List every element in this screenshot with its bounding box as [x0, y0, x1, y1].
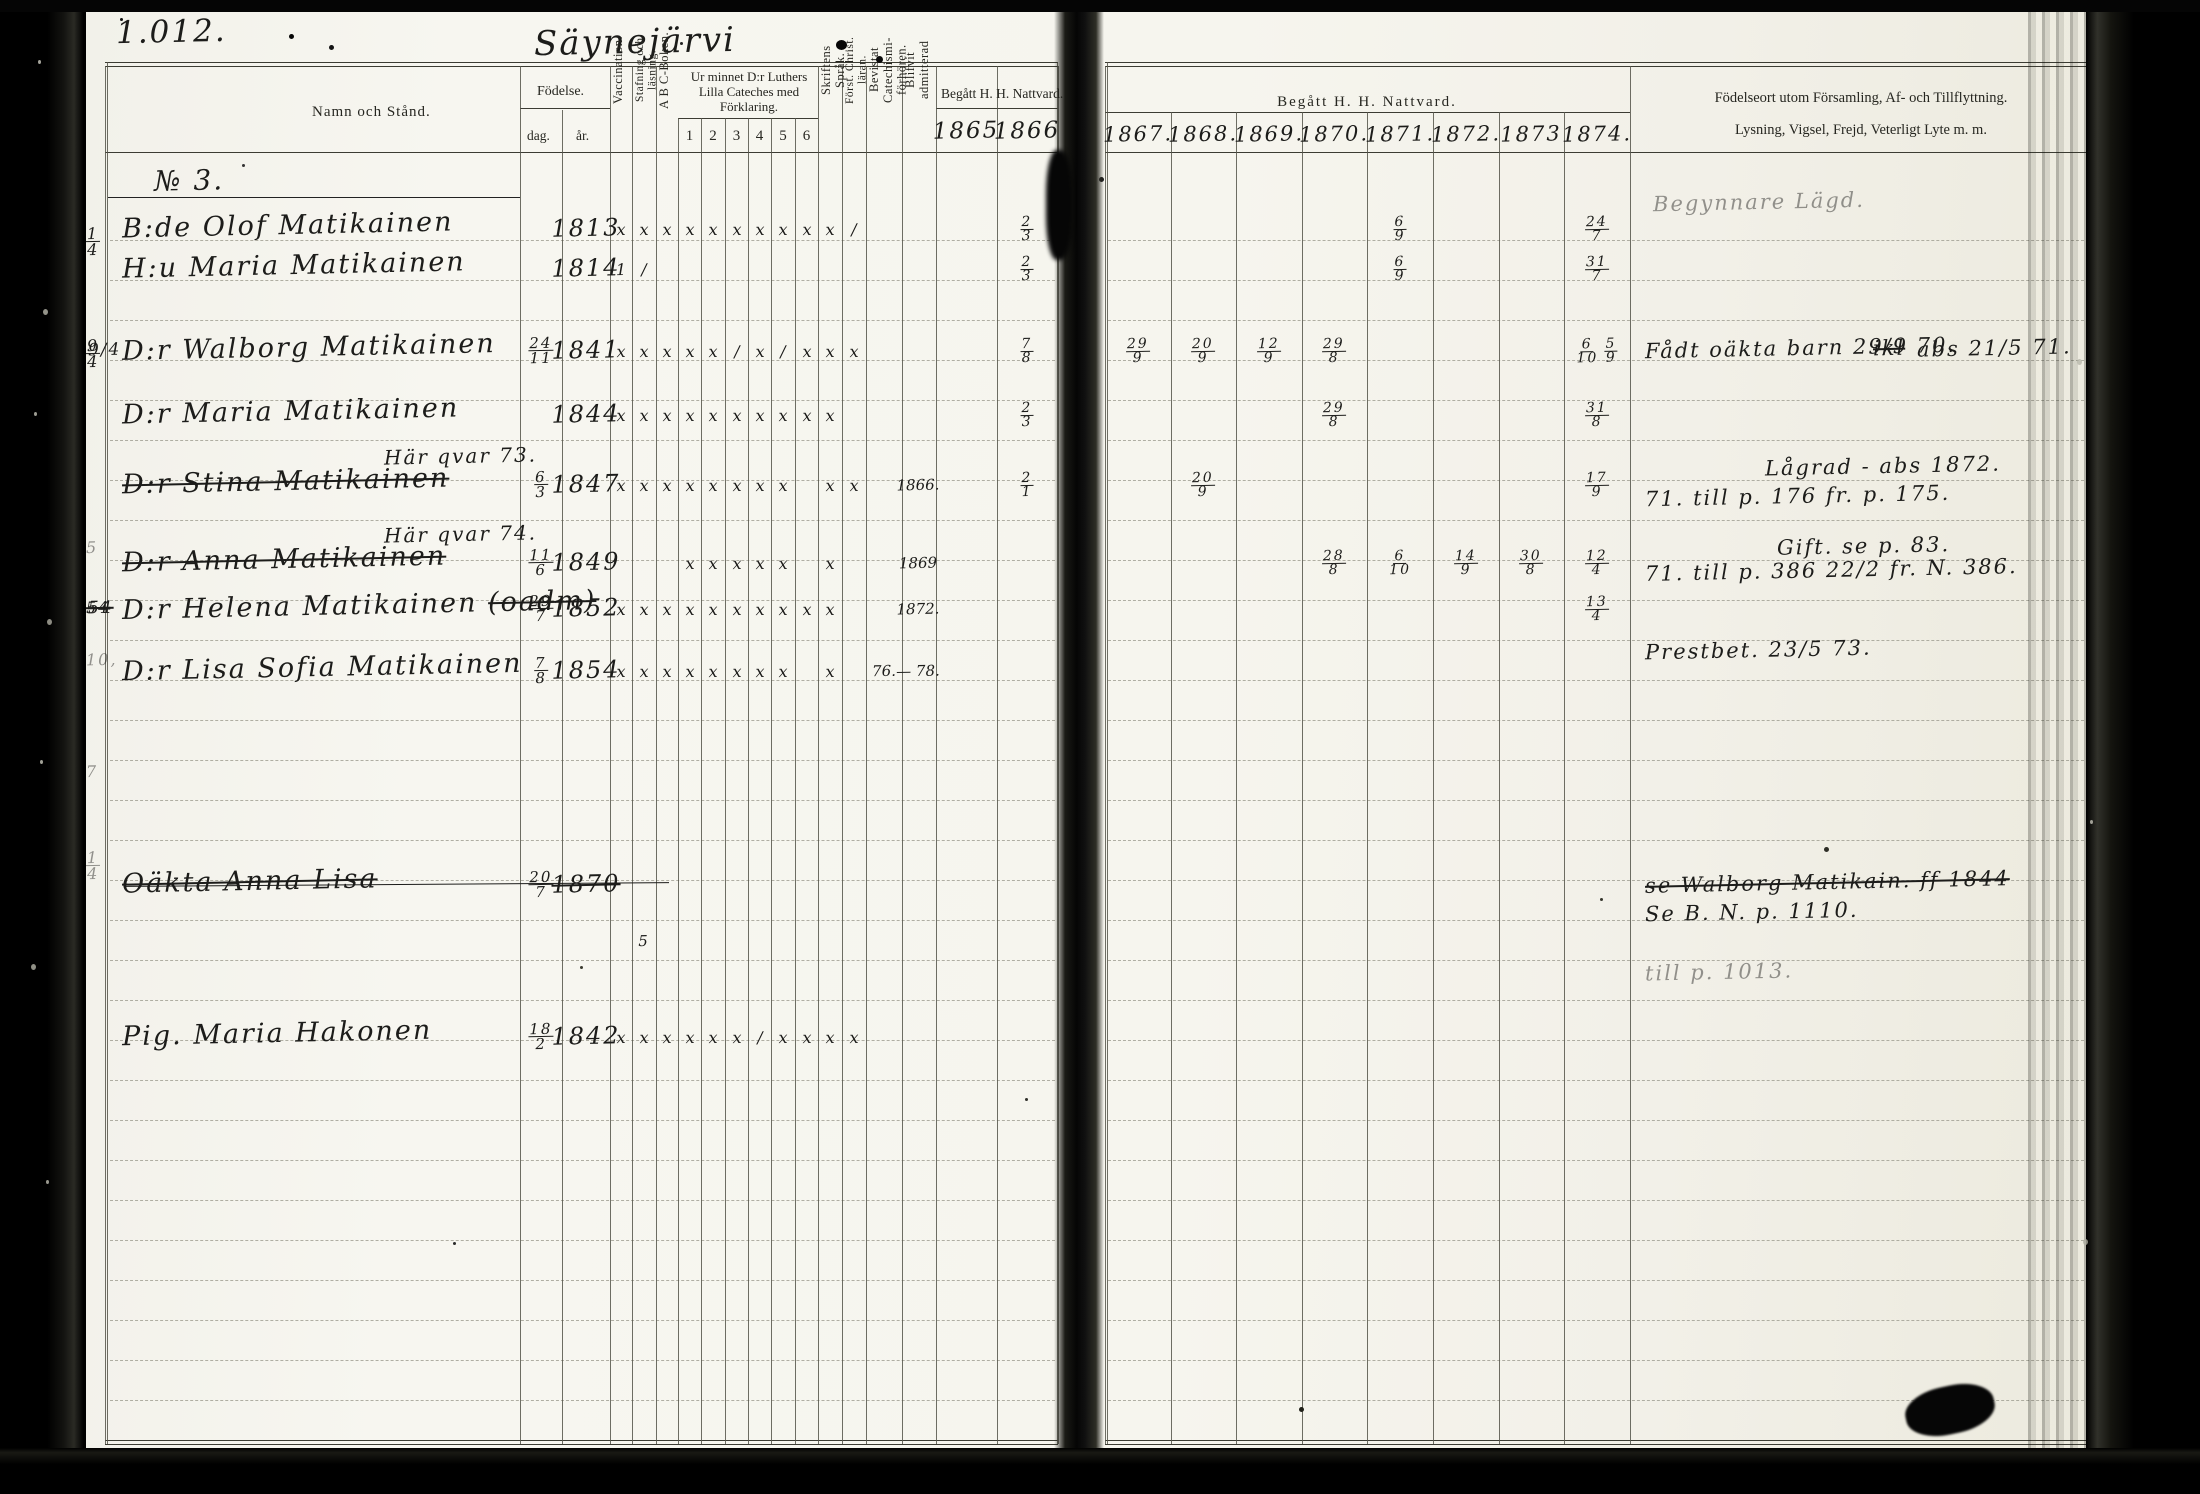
check-mark: x	[755, 600, 764, 619]
birth-year: 1852	[551, 593, 621, 622]
communion-date: 298	[1322, 402, 1346, 430]
header-spelling: Stafning och läsning.	[634, 28, 654, 112]
birth-day: 116	[528, 548, 554, 578]
check-mark: x	[778, 1028, 787, 1047]
communion-date: 69	[1393, 256, 1406, 284]
birth-year: 1844	[551, 399, 621, 428]
check-mark: x	[639, 1028, 648, 1047]
row-rule	[520, 108, 610, 109]
header-catechism-meetings: Bevistat Catechismi-förhören.	[868, 28, 900, 112]
column-rule	[818, 66, 819, 1444]
row-rule	[110, 1160, 1055, 1161]
row-rule	[110, 520, 1055, 521]
row-rule	[1108, 1040, 2089, 1041]
year-label: 1869.	[1234, 121, 1305, 146]
column-rule	[632, 66, 633, 1444]
check-mark: x	[639, 600, 648, 619]
check-mark: x	[662, 220, 671, 239]
row-rule	[1108, 960, 2089, 961]
check-mark: x	[802, 220, 811, 239]
check-mark: x	[825, 406, 834, 425]
year-label: 1868.	[1168, 121, 1239, 146]
header-birth-day: dag.	[527, 128, 550, 144]
header-birth-group: Födelse.	[537, 84, 584, 100]
marginal-annotation: 71. till p. 176 fr. p. 175.	[1645, 481, 1951, 511]
check-mark: x	[755, 342, 764, 361]
birth-day: 2411	[528, 336, 554, 366]
column-rule	[1630, 66, 1631, 1444]
check-mark: x	[825, 220, 834, 239]
row-rule	[1108, 720, 2089, 721]
row-rule	[1105, 1444, 2092, 1445]
check-mark: — 78.	[896, 662, 940, 681]
row-rule	[110, 1280, 1055, 1281]
check-mark: /	[851, 220, 857, 239]
scan-edge-bottom	[0, 1448, 2200, 1494]
column-rule	[1564, 112, 1565, 1444]
check-mark: x	[755, 406, 764, 425]
check-mark: x	[825, 662, 834, 681]
communion-date: 308	[1519, 550, 1543, 578]
header-vaccination: Vaccination.	[612, 28, 630, 112]
row-rule	[110, 440, 1055, 441]
communion-date: 134	[1585, 596, 1609, 624]
row-rule	[1108, 840, 2089, 841]
row-rule	[110, 1120, 1055, 1121]
marginal-annotation: Prestbet. 23/5 73.	[1645, 636, 1872, 665]
check-mark: x	[616, 600, 625, 619]
birth-day: 63	[534, 470, 548, 500]
person-name: Oäkta Anna Lisa	[122, 863, 378, 899]
row-rule	[110, 840, 1055, 841]
row-rule	[1108, 520, 2089, 521]
folio-number: 1.012.	[116, 13, 227, 51]
margin-number: 14	[86, 226, 101, 258]
check-mark: x	[732, 476, 741, 495]
column-rule	[936, 66, 937, 1444]
check-mark: x	[708, 662, 717, 681]
check-mark: /	[780, 342, 786, 361]
marginal-annotation: Lågrad - abs 1872.	[1765, 452, 2001, 481]
row-rule	[110, 1080, 1055, 1081]
year-label: 1874.	[1562, 121, 1633, 146]
row-rule	[1108, 800, 2089, 801]
check-mark: x	[778, 406, 787, 425]
check-mark: x	[732, 600, 741, 619]
column-rule	[748, 118, 749, 1444]
check-mark: x	[685, 662, 694, 681]
row-rule	[1108, 920, 2089, 921]
row-rule	[1105, 1440, 2092, 1441]
check-mark: x	[685, 342, 694, 361]
row-rule	[1108, 440, 2089, 441]
year-label: 1872.	[1431, 121, 1502, 146]
check-mark: x	[639, 662, 648, 681]
ink-blot	[1046, 150, 1072, 260]
communion-date: 209	[1191, 338, 1215, 366]
check-mark: 1866.	[896, 476, 939, 495]
check-mark: x	[685, 406, 694, 425]
check-mark: x	[825, 1028, 834, 1047]
check-mark: x	[825, 476, 834, 495]
communion-date: 69	[1393, 216, 1406, 244]
column-rule	[771, 118, 772, 1444]
check-mark: x	[732, 220, 741, 239]
person-name: D:r Lisa Sofia Matikainen	[122, 648, 523, 687]
scan-edge-top	[0, 0, 2200, 12]
check-mark: x	[732, 1028, 741, 1047]
scan-noise-dark	[120, 18, 123, 21]
check-mark: x	[778, 220, 787, 239]
check-mark: x	[639, 406, 648, 425]
check-mark: x	[685, 554, 694, 573]
check-mark: /	[641, 260, 647, 279]
header-admitted: Blifvit admitterad	[904, 28, 934, 112]
column-rule	[795, 118, 796, 1444]
check-mark: x	[825, 600, 834, 619]
margin-number: 14	[86, 850, 101, 882]
row-rule	[1108, 1200, 2089, 1201]
marginal-annotation: Se B. N. p. 1110.	[1645, 898, 1859, 926]
communion-date: 149	[1454, 550, 1478, 578]
communion-date: 610 59	[1576, 338, 1618, 366]
row-rule	[1108, 760, 2089, 761]
check-mark: x	[732, 406, 741, 425]
check-mark: x	[778, 662, 787, 681]
check-mark: x	[708, 1028, 717, 1047]
column-rule	[107, 62, 108, 1444]
catechism-col-number: 4	[756, 128, 764, 145]
column-rule	[1367, 112, 1368, 1444]
year-label: 1873	[1500, 121, 1562, 146]
birth-year: 1854	[551, 655, 621, 684]
ink-blot	[289, 34, 294, 39]
row-rule	[110, 720, 1055, 721]
check-mark: x	[825, 554, 834, 573]
row-rule	[110, 760, 1055, 761]
birth-year: 1870	[551, 869, 621, 898]
check-mark: x	[708, 342, 717, 361]
check-mark: x	[825, 342, 834, 361]
row-rule	[110, 320, 1055, 321]
check-mark: x	[755, 476, 764, 495]
check-mark: x	[778, 554, 787, 573]
check-mark: x	[708, 406, 717, 425]
section-number: № 3.	[154, 163, 225, 197]
communion-date: 288	[1322, 550, 1346, 578]
row-rule	[110, 1240, 1055, 1241]
check-mark: 1872.	[896, 600, 939, 619]
check-mark: x	[755, 220, 764, 239]
margin-number: 54	[86, 598, 111, 618]
birth-year: 1813	[551, 213, 621, 242]
check-mark: x	[616, 1028, 625, 1047]
marginal-annotation: ikl	[1873, 336, 1906, 361]
column-rule	[902, 66, 903, 1444]
header-communion-right: Begått H. H. Nattvard.	[1277, 94, 1457, 111]
catechism-col-number: 5	[779, 128, 787, 145]
scan-streaks	[2022, 6, 2092, 1450]
communion-date: 247	[1585, 216, 1609, 244]
row-rule	[1108, 1240, 2089, 1241]
check-mark: x	[662, 1028, 671, 1047]
check-mark: /	[734, 342, 740, 361]
person-name: H:u Maria Matikainen	[122, 246, 466, 284]
marginal-annotation: till p. 1013.	[1645, 958, 1794, 985]
check-mark: x	[662, 476, 671, 495]
row-rule	[105, 1444, 1058, 1445]
row-rule	[1108, 320, 2089, 321]
column-rule	[866, 66, 867, 1444]
column-rule	[520, 66, 521, 1444]
catechism-col-number: 1	[686, 128, 694, 145]
check-mark: x	[616, 406, 625, 425]
header-name-column: Namn och Stånd.	[312, 104, 431, 121]
check-mark: x	[616, 220, 625, 239]
communion-date: 78	[1020, 338, 1033, 366]
check-mark: x	[802, 600, 811, 619]
check-mark: x	[685, 220, 694, 239]
scan-edge-right	[2086, 0, 2200, 1494]
row-rule	[110, 1200, 1055, 1201]
row-rule	[110, 1400, 1055, 1401]
check-mark: x	[662, 600, 671, 619]
year-label: 1871.	[1365, 121, 1436, 146]
check-mark: x	[708, 554, 717, 573]
check-mark: x	[639, 342, 648, 361]
scan-noise-light	[38, 60, 41, 64]
column-rule	[562, 110, 563, 1444]
check-mark: x	[639, 220, 648, 239]
year-label: 1870.	[1299, 121, 1370, 146]
header-birth-year: år.	[576, 128, 589, 144]
marginal-annotation: 71. till p. 386 22/2 fr. N. 386.	[1645, 554, 2018, 586]
marginal-annotation: se Walborg Matikain. ff 1844	[1645, 866, 2010, 898]
scan-edge-left	[0, 0, 86, 1494]
year-label: 1867.	[1103, 121, 1174, 146]
communion-date: 23	[1020, 402, 1033, 430]
check-mark: 76.	[872, 662, 896, 680]
marginal-annotation: Begynnare Lägd.	[1653, 188, 1865, 216]
communion-date: 298	[1322, 338, 1346, 366]
row-rule	[1105, 152, 2092, 153]
row-rule	[110, 1320, 1055, 1321]
birth-day: 78	[534, 656, 548, 686]
check-mark: /	[757, 1028, 763, 1047]
row-rule	[1108, 1160, 2089, 1161]
check-mark: x	[708, 220, 717, 239]
birth-year: 1849	[551, 547, 621, 576]
row-rule	[110, 960, 1055, 961]
check-mark: x	[778, 600, 787, 619]
column-rule	[701, 118, 702, 1444]
header-christianity: Först. Christ. läran.	[844, 28, 864, 112]
check-mark: x	[732, 662, 741, 681]
check-mark: x	[639, 476, 648, 495]
column-rule	[842, 66, 843, 1444]
person-name: Pig. Maria Hakonen	[122, 1015, 433, 1052]
communion-date: 21	[1020, 472, 1033, 500]
check-mark: x	[849, 342, 858, 361]
check-mark: x	[685, 1028, 694, 1047]
check-mark: x	[732, 554, 741, 573]
check-mark: x	[778, 476, 787, 495]
row-rule	[110, 1000, 1055, 1001]
check-mark: x	[708, 600, 717, 619]
communion-date: 23	[1020, 256, 1033, 284]
birth-day: 207	[528, 870, 554, 900]
communion-date: 610	[1389, 550, 1411, 578]
person-name: D:r Walborg Matikainen	[122, 328, 496, 367]
catechism-col-number: 2	[709, 128, 717, 145]
margin-number: 10,	[86, 650, 118, 670]
row-rule	[110, 800, 1055, 801]
stay-note: Här qvar 73.	[384, 442, 538, 469]
check-mark: x	[662, 662, 671, 681]
check-mark: x	[662, 406, 671, 425]
person-name: D:r Helena Matikainen (oadm)	[122, 585, 597, 626]
header-catechism-group: Ur minnet D:r Luthers Lilla Cateches med…	[680, 70, 818, 115]
column-rule	[1236, 112, 1237, 1444]
column-rule	[656, 66, 657, 1444]
row-rule	[1108, 1000, 2089, 1001]
check-mark: 1	[616, 260, 627, 279]
person-name: B:de Olof Matikainen	[122, 207, 454, 245]
column-rule	[1499, 112, 1500, 1444]
row-rule	[110, 640, 1055, 641]
row-rule	[1108, 1280, 2089, 1281]
ink-blot	[836, 40, 847, 50]
check-mark: x	[616, 662, 625, 681]
row-rule	[105, 152, 1058, 153]
check-mark: x	[755, 554, 764, 573]
check-mark: x	[755, 662, 764, 681]
check-mark: x	[662, 342, 671, 361]
marginal-annotation: Fådt oäkta barn 29/9 70.	[1645, 333, 1957, 364]
row-rule	[1108, 1320, 2089, 1321]
birth-day: 182	[528, 1022, 554, 1052]
check-mark: x	[616, 342, 625, 361]
birth-day: 297	[528, 594, 554, 624]
stay-note: Här qvar 74.	[384, 520, 538, 547]
column-rule	[1171, 112, 1172, 1444]
row-rule	[1105, 62, 2092, 63]
check-mark: x	[849, 476, 858, 495]
column-rule	[678, 118, 679, 1444]
row-rule	[1108, 1080, 2089, 1081]
catechism-col-number: 6	[803, 128, 811, 145]
communion-date: 124	[1585, 550, 1609, 578]
row-rule	[1108, 1360, 2089, 1361]
check-mark: x	[802, 406, 811, 425]
check-mark: x	[849, 1028, 858, 1047]
row-rule	[1105, 66, 2092, 67]
check-mark: x	[708, 476, 717, 495]
birth-year: 1841	[551, 335, 621, 364]
header-abc-book: A B C-Boken.	[658, 28, 676, 112]
year-label: 1865	[932, 117, 999, 144]
communion-date: 318	[1585, 402, 1609, 430]
margin-number: 7	[86, 762, 99, 781]
year-label: 1866	[993, 117, 1060, 144]
check-mark: x	[802, 342, 811, 361]
communion-date: 179	[1585, 472, 1609, 500]
birth-year: 1847	[551, 469, 621, 498]
communion-date: 129	[1257, 338, 1281, 366]
communion-date: 23	[1020, 216, 1033, 244]
column-rule	[997, 66, 998, 1444]
header-notes-line2: Lysning, Vigsel, Frejd, Veterligt Lyte m…	[1735, 122, 1987, 139]
check-mark: 1869	[899, 554, 938, 573]
check-mark: x	[802, 1028, 811, 1047]
catechism-col-number: 3	[733, 128, 741, 145]
column-rule	[725, 118, 726, 1444]
birth-year: 1814	[551, 253, 621, 282]
birth-year: 1842	[551, 1021, 621, 1050]
check-mark: x	[685, 476, 694, 495]
header-notes-line1: Födelseort utom Församling, Af- och Till…	[1715, 90, 2008, 107]
row-rule	[1108, 640, 2089, 641]
check-mark: x	[685, 600, 694, 619]
communion-date: 209	[1191, 472, 1215, 500]
church-record-scan: 1.012. Säynejärvi Namn och Stånd. Födels…	[0, 0, 2200, 1494]
column-rule	[1107, 62, 1108, 1444]
header-communion-left: Begått H. H. Nattvard.	[941, 86, 1063, 102]
margin-number: 5	[86, 538, 99, 557]
column-rule	[1433, 112, 1434, 1444]
row-rule	[110, 920, 1055, 921]
stray-mark: 5	[638, 932, 650, 950]
margin-number: 94	[86, 338, 101, 370]
row-rule	[1108, 680, 2089, 681]
column-rule	[1302, 112, 1303, 1444]
check-mark: x	[616, 476, 625, 495]
communion-date: 299	[1126, 338, 1150, 366]
communion-date: 317	[1585, 256, 1609, 284]
person-name: D:r Maria Matikainen	[122, 392, 460, 430]
row-rule	[1108, 1120, 2089, 1121]
row-rule	[110, 1360, 1055, 1361]
row-rule	[105, 1440, 1058, 1441]
